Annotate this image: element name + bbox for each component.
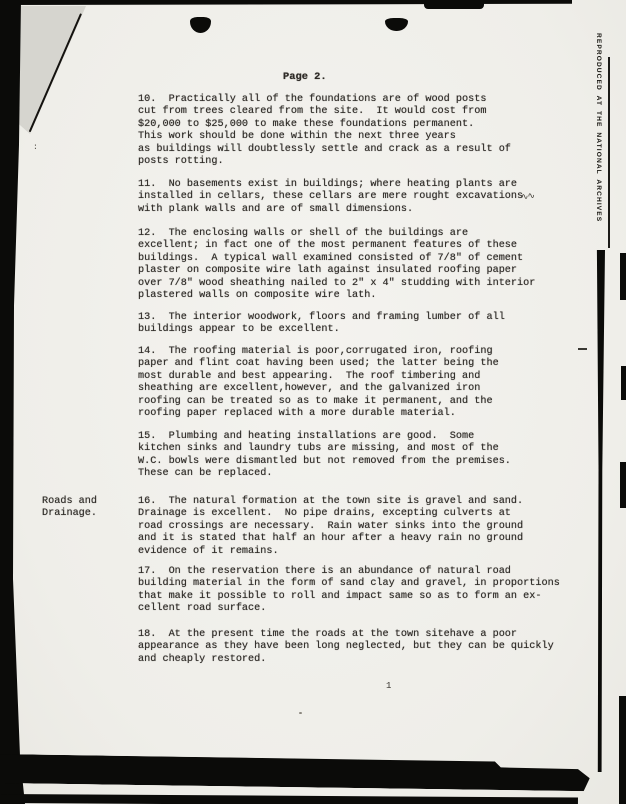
paragraph-13: 13. The interior woodwork, floors and fr… (138, 312, 598, 337)
right-edge-patch (620, 462, 626, 508)
paragraph-18: 18. At the present time the roads at the… (138, 629, 598, 666)
hole-punch-right (385, 18, 408, 31)
top-edge-ink-blot (424, 0, 484, 9)
right-edge-patch (620, 253, 626, 300)
bottom-edge-scan-bar (0, 794, 578, 804)
paragraph-10: 10. Practically all of the foundations a… (138, 94, 598, 168)
right-edge-thin-line (608, 57, 610, 248)
hole-punch-left (190, 17, 211, 33)
ink-speck-dot (299, 712, 302, 714)
paragraph-16: 16. The natural formation at the town si… (138, 496, 598, 558)
handwritten-correction-mark: ∿∿ (520, 191, 534, 203)
scanned-document-page: Page 2. 10. Practically all of the found… (0, 0, 626, 804)
page-number-header: Page 2. (283, 71, 327, 83)
stray-pencil-mark: 1 (386, 681, 391, 691)
right-edge-patch (619, 696, 626, 804)
national-archives-stamp: REPRODUCED AT THE NATIONAL ARCHIVES (592, 33, 602, 247)
paragraph-15: 15. Plumbing and heating installations a… (138, 431, 598, 481)
paragraph-17: 17. On the reservation there is an abund… (138, 566, 598, 616)
top-edge-scan-artifact (0, 0, 572, 5)
margin-note-roads-drainage: Roads and Drainage. (42, 496, 97, 521)
paragraph-12: 12. The enclosing walls or shell of the … (138, 228, 598, 302)
ink-speck: : (33, 143, 38, 152)
right-edge-patch (621, 366, 626, 400)
paragraph-14: 14. The roofing material is poor,corruga… (138, 346, 598, 420)
bottom-edge-scan-band (0, 754, 590, 791)
